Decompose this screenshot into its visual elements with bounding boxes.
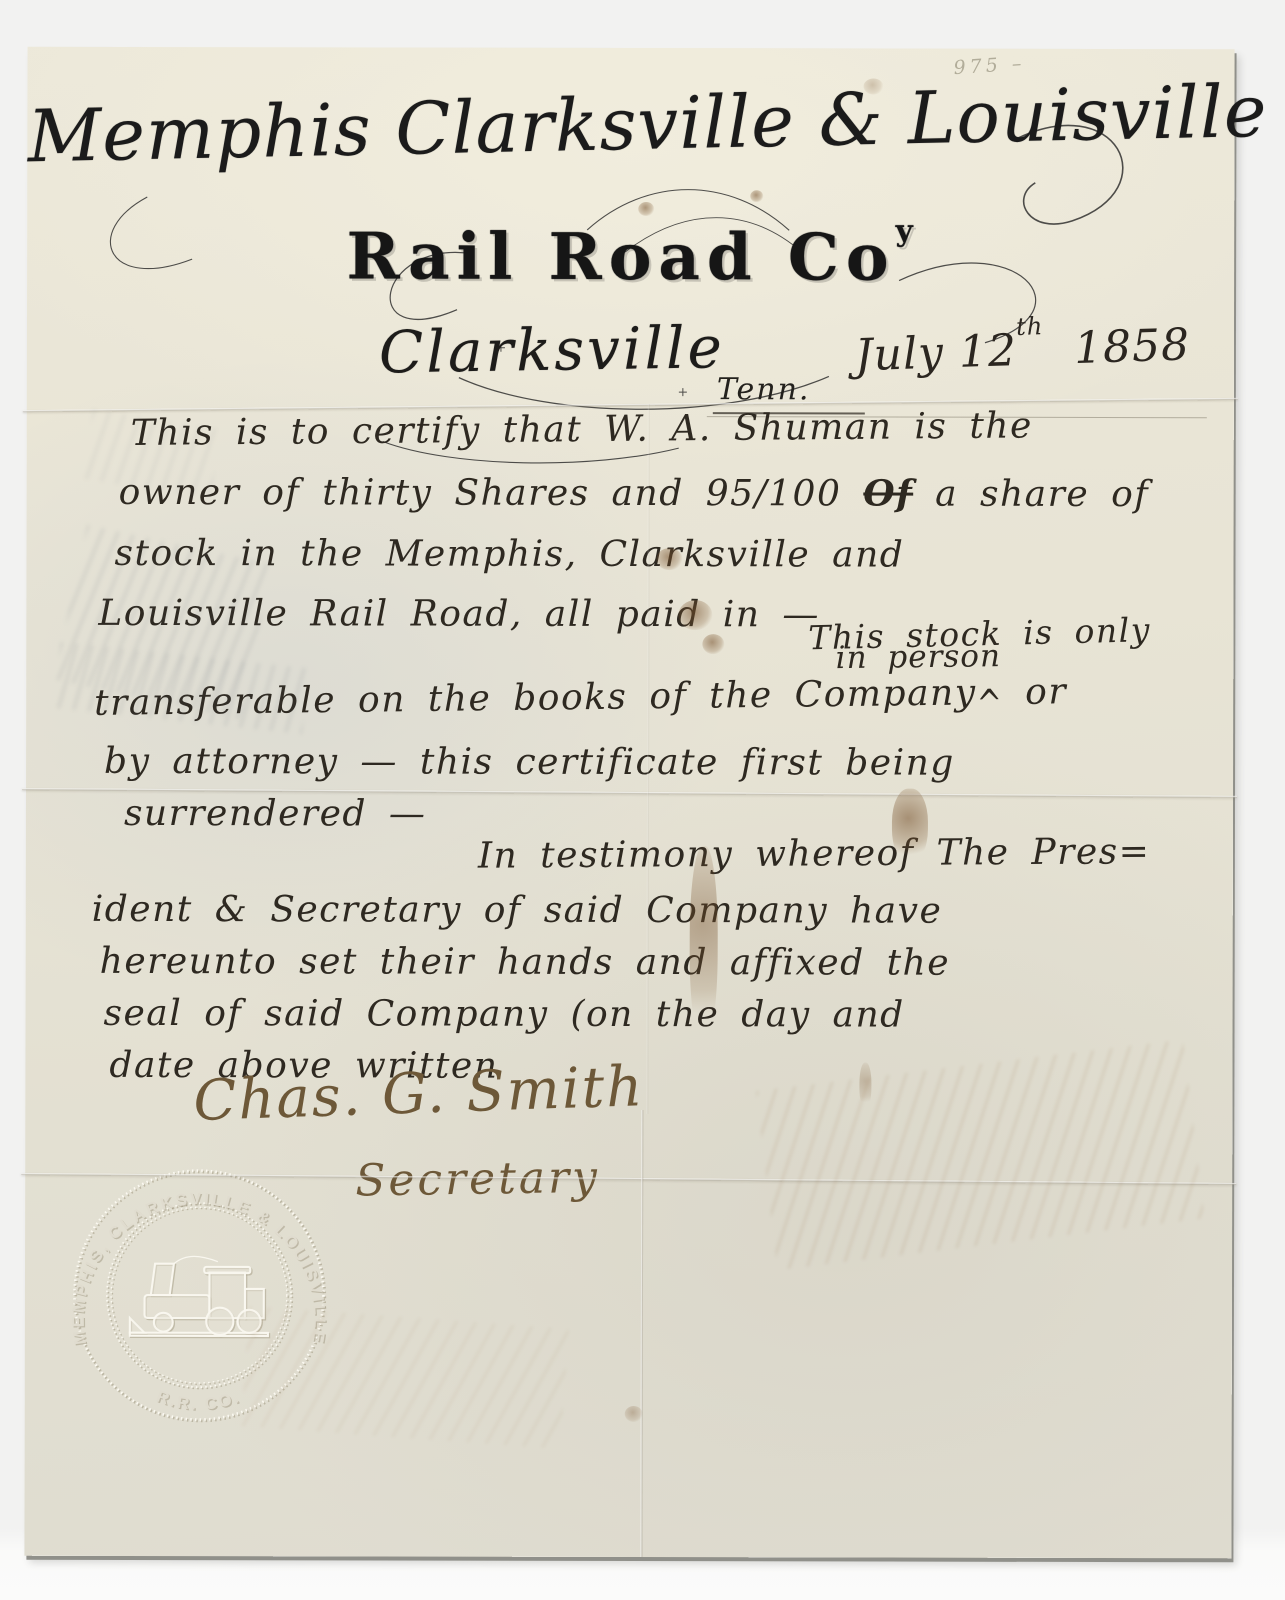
body-line-9: In testimony whereof The Pres= [478,831,1151,876]
company-line2-superscript: y [896,213,915,248]
body-line-7: by attorney — this certificate first bei… [104,741,955,784]
bleed-through-smudge [756,1040,1204,1270]
ink-stain [702,634,724,654]
ink-stain [750,190,763,202]
inserted-words-above-line: in person [835,638,1001,676]
ink-stain [678,600,712,630]
company-name-blackletter: Rail Road Coy [27,219,1234,297]
ink-stain [638,202,654,216]
body-line-8: surrendered — [124,793,427,835]
place-name: Clarksville [378,313,725,386]
bleed-through-smudge [53,642,309,734]
body-line-12: seal of said Company (on the day and [104,993,905,1036]
company-line2-text: Rail Road Co [346,219,895,295]
signature-name: Chas. G. Smith [192,1054,645,1134]
struck-out-word: Of [863,472,913,514]
bleed-through-smudge [241,1306,569,1449]
ink-stain-streak [689,846,717,1042]
ink-stain [892,789,928,863]
ink-stain [656,548,682,570]
fold-crease-vertical [640,1110,643,1557]
body-line-11: hereunto set their hands and affixed the [100,941,950,984]
ink-stain [625,1406,643,1422]
ink-stain [863,78,883,94]
body-line-2: owner of thirty Shares and 95/100 Of a s… [119,471,1150,515]
body-line-10: ident & Secretary of said Company have [92,889,943,932]
document-page: Memphis Clarksville & Louisville Rail Ro… [24,47,1234,1559]
insertion-caret: ^ [976,682,1003,728]
body-line-1: This is to certify that W. A. Shuman is … [131,405,1033,454]
